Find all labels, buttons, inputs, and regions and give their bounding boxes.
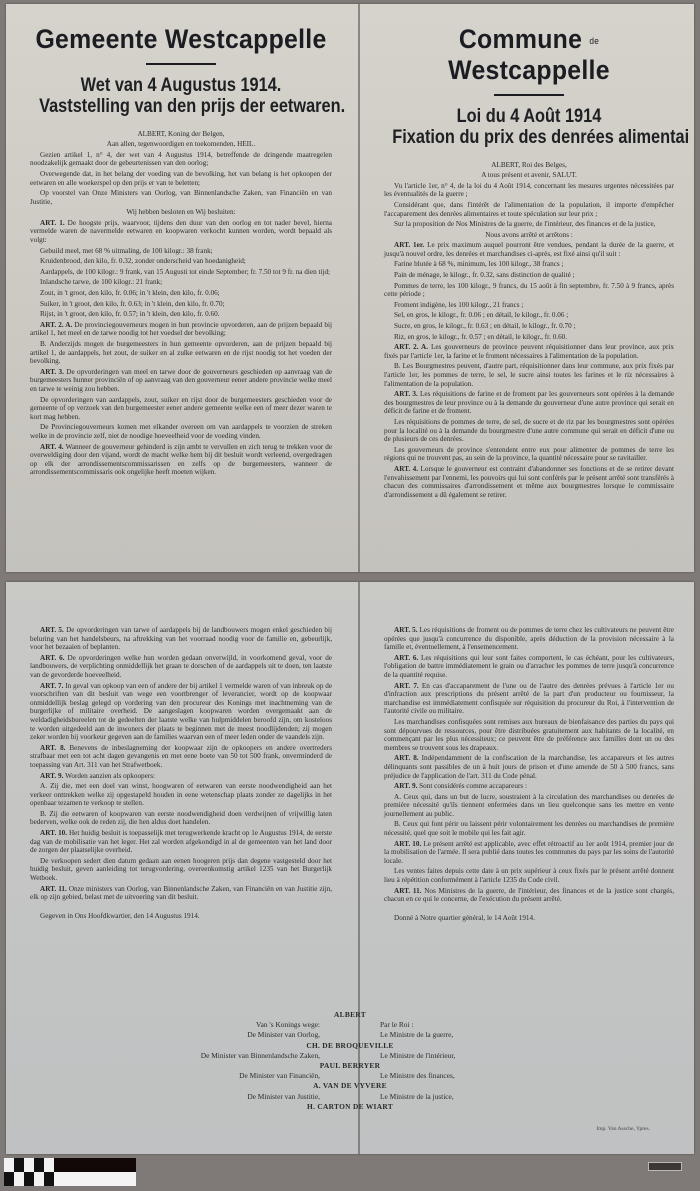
title-french-commune: Commune — [459, 24, 582, 54]
paragraph: Wij hebben besloten en Wij besluiten: — [30, 208, 332, 217]
paragraph-text: Le prix maximum auquel pourront être ven… — [384, 241, 674, 258]
paragraph-text: De verkoopen sedert dien datum gedaan aa… — [30, 857, 332, 882]
article-number: ART. 6. — [40, 654, 67, 662]
subheading-french: Fixation du prix des denrées alimentaire… — [392, 127, 665, 148]
signatory-name: A. VAN DE VYVERE — [6, 1081, 694, 1091]
paragraph-text: De provinciegouverneurs mogen in hun pro… — [30, 321, 332, 338]
article-paragraph: ART. 11. Onze ministers van Oorlog, van … — [30, 885, 332, 902]
article-number: ART. 1er. — [394, 241, 427, 249]
paragraph: Froment indigène, les 100 kilogr., 21 fr… — [384, 301, 674, 310]
paragraph-text: ALBERT, Koning der Belgen, — [137, 130, 224, 138]
column-french-upper: Commune de Westcappelle Loi du 4 Août 19… — [370, 4, 688, 572]
paragraph-text: Nos Ministres de la guerre, de l'intérie… — [384, 887, 674, 904]
signatory-title-dutch: De Minister van Oorlog, — [150, 1030, 320, 1040]
paragraph: Kruidenbrood, den kilo, fr. 0.32, zonder… — [30, 257, 332, 266]
paragraph: Sucre, en gros, le kilogr., fr. 0.63 ; e… — [384, 322, 674, 331]
paragraph-text: De opvorderingen van tarwe of aardappels… — [30, 626, 332, 651]
body-dutch-lower: ART. 5. De opvorderingen van tarwe of aa… — [16, 626, 346, 920]
signatory-title-dutch: De Minister van Financiën, — [150, 1071, 320, 1081]
paragraph-text: Sur la proposition de Nos Ministres de l… — [394, 220, 655, 228]
article-number: ART. 8. — [40, 744, 69, 752]
signatory-title-french: Le Ministre de l'intérieur, — [380, 1051, 550, 1061]
title-dutch: Gemeente Westcappelle — [29, 24, 333, 55]
paragraph: De opvorderingen van aardappels, zout, s… — [30, 396, 332, 422]
paragraph-text: Onze ministers van Oorlog, van Binnenlan… — [30, 885, 332, 902]
article-number: ART. 5. — [394, 626, 420, 634]
paragraph: Les gouverneurs de province s'entendent … — [384, 446, 674, 463]
paragraph-text: Les gouverneurs de province s'entendent … — [384, 446, 674, 463]
signatory-title-french: Le Ministre des finances, — [380, 1071, 550, 1081]
paragraph: Zout, in 't groot, den kilo, fr. 0.06; i… — [30, 289, 332, 298]
paragraph: Overwegende dat, in het belang der voedi… — [30, 170, 332, 187]
article-paragraph: ART. 1er. Le prix maximum auquel pourron… — [384, 241, 674, 258]
paragraph: Aardappels, de 100 kilogr.: 9 frank, van… — [30, 268, 332, 277]
paragraph: Les réquisitions de pommes de terre, de … — [384, 418, 674, 444]
paragraph: Op voorstel van Onze Ministers van Oorlo… — [30, 189, 332, 206]
heading-dutch: Wet van 4 Augustus 1914. — [39, 75, 323, 96]
paragraph-text: Sucre, en gros, le kilogr., fr. 0.63 ; e… — [394, 322, 575, 330]
article-paragraph: ART. 2. A. De provinciegouverneurs mogen… — [30, 321, 332, 338]
article-paragraph: ART. 11. Nos Ministres de la guerre, de … — [384, 887, 674, 904]
color-calibration-bar — [4, 1158, 136, 1186]
paragraph-text: Suiker, in 't groot, den kilo, fr. 0.63;… — [40, 300, 225, 308]
paragraph: De Provinciegouverneurs komen met elkand… — [30, 423, 332, 440]
paragraph: Gebuild meel, met 68 % uitmaling, de 100… — [30, 247, 332, 256]
signature-block: ALBERT Van 's Konings wege:Par le Roi :D… — [6, 1010, 694, 1112]
signatory-title-row: De Minister van Binnenlandsche Zaken,Le … — [6, 1051, 694, 1061]
paragraph: ALBERT, Roi des Belges, — [384, 161, 674, 170]
paragraph: Inlandsche tarwe, de 100 kilogr.: 21 fra… — [30, 278, 332, 287]
paragraph: Riz, en gros, le kilogr., fr. 0.57 ; en … — [384, 333, 674, 342]
column-dutch-upper: Gemeente Westcappelle Wet van 4 Augustus… — [16, 4, 346, 572]
paragraph-text: Wanneer de gouverneur gehinderd is zijn … — [30, 443, 332, 477]
paragraph: A tous présent et avenir, SALUT. — [384, 171, 674, 180]
paragraph: Considérant que, dans l'intérêt de l'ali… — [384, 201, 674, 218]
title-french-de: de — [589, 36, 599, 46]
paragraph: B. Les Bourgmestres peuvent, d'autre par… — [384, 362, 674, 388]
signatory-name: CH. DE BROQUEVILLE — [6, 1041, 694, 1051]
signatory-title-row: De Minister van Justitie,Le Ministre de … — [6, 1092, 694, 1102]
paragraph: Vu l'article 1er, n° 4, de la loi du 4 A… — [384, 182, 674, 199]
paragraph-text: Gezien artikel 1, n° 4, der wet van 4 Au… — [30, 151, 332, 168]
paragraph: Rijst, in 't groot, den kilo, fr. 0.57; … — [30, 310, 332, 319]
subheading-dutch: Vaststelling van den prijs der eetwaren. — [39, 96, 323, 117]
paragraph-text: Op voorstel van Onze Ministers van Oorlo… — [30, 189, 332, 206]
article-paragraph: ART. 10. Le présent arrêté est applicabl… — [384, 840, 674, 866]
paragraph-text: Gebuild meel, met 68 % uitmaling, de 100… — [40, 247, 213, 255]
paragraph-text: Les ventes faites depuis cette date à un… — [384, 867, 674, 884]
article-paragraph: ART. 6. Les réquisitions qui leur sont f… — [384, 654, 674, 680]
paragraph-text: Wij hebben besloten en Wij besluiten: — [126, 208, 235, 216]
body-french-upper: ALBERT, Roi des Belges,A tous présent et… — [370, 161, 688, 500]
paragraph-text: Inlandsche tarwe, de 100 kilogr.: 21 fra… — [40, 278, 162, 286]
paragraph-text: De hoogste prijs, waarvoor, tijdens den … — [30, 219, 332, 244]
article-paragraph: ART. 3. De opvorderingen van meel en tar… — [30, 368, 332, 394]
paragraph-text: In geval van opkoop van een of andere de… — [30, 682, 332, 742]
paragraph-text: Het huidig besluit is toepasselijk met t… — [30, 829, 332, 854]
body-french-lower: ART. 5. Les réquisitions de froment ou d… — [370, 626, 688, 922]
article-number: ART. 9. — [394, 782, 419, 790]
paragraph-text: Vu l'article 1er, n° 4, de la loi du 4 A… — [384, 182, 674, 199]
paragraph-text: Sel, en gros, le kilogr., fr. 0.06 ; en … — [394, 311, 568, 319]
paragraph-text: A tous présent et avenir, SALUT. — [481, 171, 577, 179]
signatory-title-french: Le Ministre de la guerre, — [380, 1030, 550, 1040]
signatory-title-row: Van 's Konings wege:Par le Roi : — [6, 1020, 694, 1030]
paragraph-text: Kruidenbrood, den kilo, fr. 0.32, zonder… — [40, 257, 246, 265]
article-number: ART. 9. — [40, 772, 65, 780]
title-french: Commune de Westcappelle — [383, 24, 676, 86]
paragraph-text: Les réquisitions de froment ou de pommes… — [384, 626, 674, 651]
paragraph: Aan allen, tegenwoordigen en toekomenden… — [30, 140, 332, 149]
article-paragraph: ART. 7. In geval van opkoop van een of a… — [30, 682, 332, 742]
signatory-title-dutch: Van 's Konings wege: — [150, 1020, 320, 1030]
fold-line — [358, 4, 360, 572]
article-paragraph: ART. 8. Benevens de inbeslagneming der k… — [30, 744, 332, 770]
article-paragraph: ART. 9. Worden aanzien als opkoopers: — [30, 772, 332, 781]
article-number: ART. 3. — [394, 390, 420, 398]
paragraph: B. Ceux qui font périr ou laissent périr… — [384, 820, 674, 837]
paragraph-text: Zout, in 't groot, den kilo, fr. 0.06; i… — [40, 289, 220, 297]
article-number: ART. 1. — [40, 219, 68, 227]
paragraph: Pain de ménage, le kilogr., fr. 0.32, sa… — [384, 271, 674, 280]
paragraph-text: Rijst, in 't groot, den kilo, fr. 0.57; … — [40, 310, 219, 318]
paragraph-text: En cas d'accaparement de l'une ou de l'a… — [384, 682, 674, 716]
article-number: ART. 2. A. — [394, 343, 431, 351]
heading-french: Loi du 4 Août 1914 — [392, 106, 665, 127]
paragraph-text: Lorsque le gouverneur est contraint d'ab… — [384, 465, 674, 499]
paragraph-text: Benevens de inbeslagneming der koopwaar … — [30, 744, 332, 769]
paragraph: De verkoopen sedert dien datum gedaan aa… — [30, 857, 332, 883]
article-paragraph: ART. 4. Wanneer de gouverneur gehinderd … — [30, 443, 332, 477]
article-number: ART. 3. — [40, 368, 66, 376]
paragraph-text: Pain de ménage, le kilogr., fr. 0.32, sa… — [394, 271, 575, 279]
paragraph: A. Ceux qui, dans un but de lucre, soust… — [384, 793, 674, 819]
paragraph-text: De opvorderingen welke hun worden gedaan… — [30, 654, 332, 679]
paragraph-text: ALBERT, Roi des Belges, — [491, 161, 567, 169]
paragraph: B. Zij die eetwaren of koopwaren van eer… — [30, 810, 332, 827]
article-paragraph: ART. 10. Het huidig besluit is toepassel… — [30, 829, 332, 855]
paragraph-text: De opvorderingen van aardappels, zout, s… — [30, 396, 332, 421]
paragraph: B. Anderzijds mogen de burgemeesters in … — [30, 340, 332, 366]
paragraph: ALBERT, Koning der Belgen, — [30, 130, 332, 139]
paragraph-text: Overwegende dat, in het belang der voedi… — [30, 170, 332, 187]
article-paragraph: ART. 5. Les réquisitions de froment ou d… — [384, 626, 674, 652]
body-dutch-upper: ALBERT, Koning der Belgen,Aan allen, teg… — [16, 130, 346, 477]
paragraph-text: Nous avons arrêté et arrêtons : — [485, 231, 573, 239]
paragraph-text: A. Ceux qui, dans un but de lucre, soust… — [384, 793, 674, 818]
article-number: ART. 5. — [40, 626, 66, 634]
paragraph: Farine blutée à 68 %, minimum, les 100 k… — [384, 260, 674, 269]
paragraph-text: Les réquisitions de farine et de froment… — [384, 390, 674, 415]
paragraph-text: Les réquisitions de pommes de terre, de … — [384, 418, 674, 443]
paragraph: Nous avons arrêté et arrêtons : — [384, 231, 674, 240]
signatory-title-french: Par le Roi : — [380, 1020, 550, 1030]
paragraph-text: De Provinciegouverneurs komen met elkand… — [30, 423, 332, 440]
article-paragraph: ART. 7. En cas d'accaparement de l'une o… — [384, 682, 674, 716]
article-number: ART. 10. — [394, 840, 423, 848]
article-number: ART. 7. — [394, 682, 422, 690]
paragraph-text: Froment indigène, les 100 kilogr., 21 fr… — [394, 301, 523, 309]
article-number: ART. 11. — [40, 885, 69, 893]
paragraph-text: Donné à Notre quartier général, le 14 Ao… — [394, 914, 535, 922]
article-paragraph: ART. 6. De opvorderingen welke hun worde… — [30, 654, 332, 680]
signatory-name: PAUL BERRYER — [6, 1061, 694, 1071]
paragraph-text: De opvorderingen van meel en tarwe door … — [30, 368, 332, 393]
article-number: ART. 10. — [40, 829, 69, 837]
date-line: Donné à Notre quartier général, le 14 Ao… — [384, 914, 674, 923]
signatory-name: H. CARTON DE WIART — [6, 1102, 694, 1112]
paragraph-text: Aan allen, tegenwoordigen en toekomenden… — [107, 140, 256, 148]
paragraph: Gezien artikel 1, n° 4, der wet van 4 Au… — [30, 151, 332, 168]
paragraph: Pommes de terre, les 100 kilogr., 9 fran… — [384, 282, 674, 299]
paragraph-text: Gegeven in Ons Hoofdkwartier, den 14 Aug… — [40, 912, 200, 920]
article-paragraph: ART. 3. Les réquisitions de farine et de… — [384, 390, 674, 416]
date-line: Gegeven in Ons Hoofdkwartier, den 14 Aug… — [30, 912, 332, 921]
paragraph-text: Worden aanzien als opkoopers: — [65, 772, 155, 780]
paragraph-text: A. Zij die, met een doel van winst, hoog… — [30, 782, 332, 807]
paragraph-text: Considérant que, dans l'intérêt de l'ali… — [384, 201, 674, 218]
signatory-title-french: Le Ministre de la justice, — [380, 1092, 550, 1102]
paragraph-text: Riz, en gros, le kilogr., fr. 0.57 ; en … — [394, 333, 567, 341]
paragraph: A. Zij die, met een doel van winst, hoog… — [30, 782, 332, 808]
article-number: ART. 6. — [394, 654, 421, 662]
title-french-place: Westcappelle — [448, 55, 610, 85]
paragraph-text: B. Les Bourgmestres peuvent, d'autre par… — [384, 362, 674, 387]
paragraph: Les ventes faites depuis cette date à un… — [384, 867, 674, 884]
article-number: ART. 7. — [40, 682, 65, 690]
article-number: ART. 4. — [394, 465, 421, 473]
signature-king: ALBERT — [6, 1010, 694, 1020]
article-number: ART. 8. — [394, 754, 422, 762]
archive-label — [648, 1162, 682, 1171]
signatory-title-row: De Minister van Oorlog,Le Ministre de la… — [6, 1030, 694, 1040]
paragraph-text: B. Zij die eetwaren of koopwaren van eer… — [30, 810, 332, 827]
paragraph-text: Farine blutée à 68 %, minimum, les 100 k… — [394, 260, 563, 268]
paragraph-text: Les réquisitions qui leur sont faites co… — [384, 654, 674, 679]
paragraph: Sur la proposition de Nos Ministres de l… — [384, 220, 674, 229]
printer-credit: Imp. Van Assche, Ypres. — [596, 1126, 650, 1132]
paragraph-text: B. Ceux qui font périr ou laissent périr… — [384, 820, 674, 837]
signatory-title-dutch: De Minister van Justitie, — [150, 1092, 320, 1102]
signatory-title-row: De Minister van Financiën,Le Ministre de… — [6, 1071, 694, 1081]
signatory-title-dutch: De Minister van Binnenlandsche Zaken, — [150, 1051, 320, 1061]
title-rule — [494, 94, 564, 96]
paragraph-text: Pommes de terre, les 100 kilogr., 9 fran… — [384, 282, 674, 299]
article-number: ART. 11. — [394, 887, 424, 895]
article-paragraph: ART. 9. Sont considérés comme accapareur… — [384, 782, 674, 791]
article-number: ART. 4. — [40, 443, 66, 451]
article-paragraph: ART. 8. Indépendamment de la confiscatio… — [384, 754, 674, 780]
article-number: ART. 2. A. — [40, 321, 74, 329]
paragraph-text: Aardappels, de 100 kilogr.: 9 frank, van… — [40, 268, 330, 276]
title-rule — [146, 63, 216, 65]
paragraph-text: Les marchandises confisquées sont remise… — [384, 718, 674, 752]
article-paragraph: ART. 1. De hoogste prijs, waarvoor, tijd… — [30, 219, 332, 245]
poster-lower-half: ART. 5. De opvorderingen van tarwe of aa… — [6, 582, 694, 1154]
paragraph-text: Indépendamment de la confiscation de la … — [384, 754, 674, 779]
poster-upper-half: Gemeente Westcappelle Wet van 4 Augustus… — [6, 4, 694, 572]
paragraph: Suiker, in 't groot, den kilo, fr. 0.63;… — [30, 300, 332, 309]
article-paragraph: ART. 2. A. Les gouverneurs de province p… — [384, 343, 674, 360]
article-paragraph: ART. 5. De opvorderingen van tarwe of aa… — [30, 626, 332, 652]
paragraph-text: B. Anderzijds mogen de burgemeesters in … — [30, 340, 332, 365]
paragraph: Sel, en gros, le kilogr., fr. 0.06 ; en … — [384, 311, 674, 320]
article-paragraph: ART. 4. Lorsque le gouverneur est contra… — [384, 465, 674, 499]
paragraph: Les marchandises confisquées sont remise… — [384, 718, 674, 752]
paragraph-text: Le présent arrêté est applicable, avec e… — [384, 840, 674, 865]
paragraph-text: Sont considérés comme accapareurs : — [419, 782, 527, 790]
